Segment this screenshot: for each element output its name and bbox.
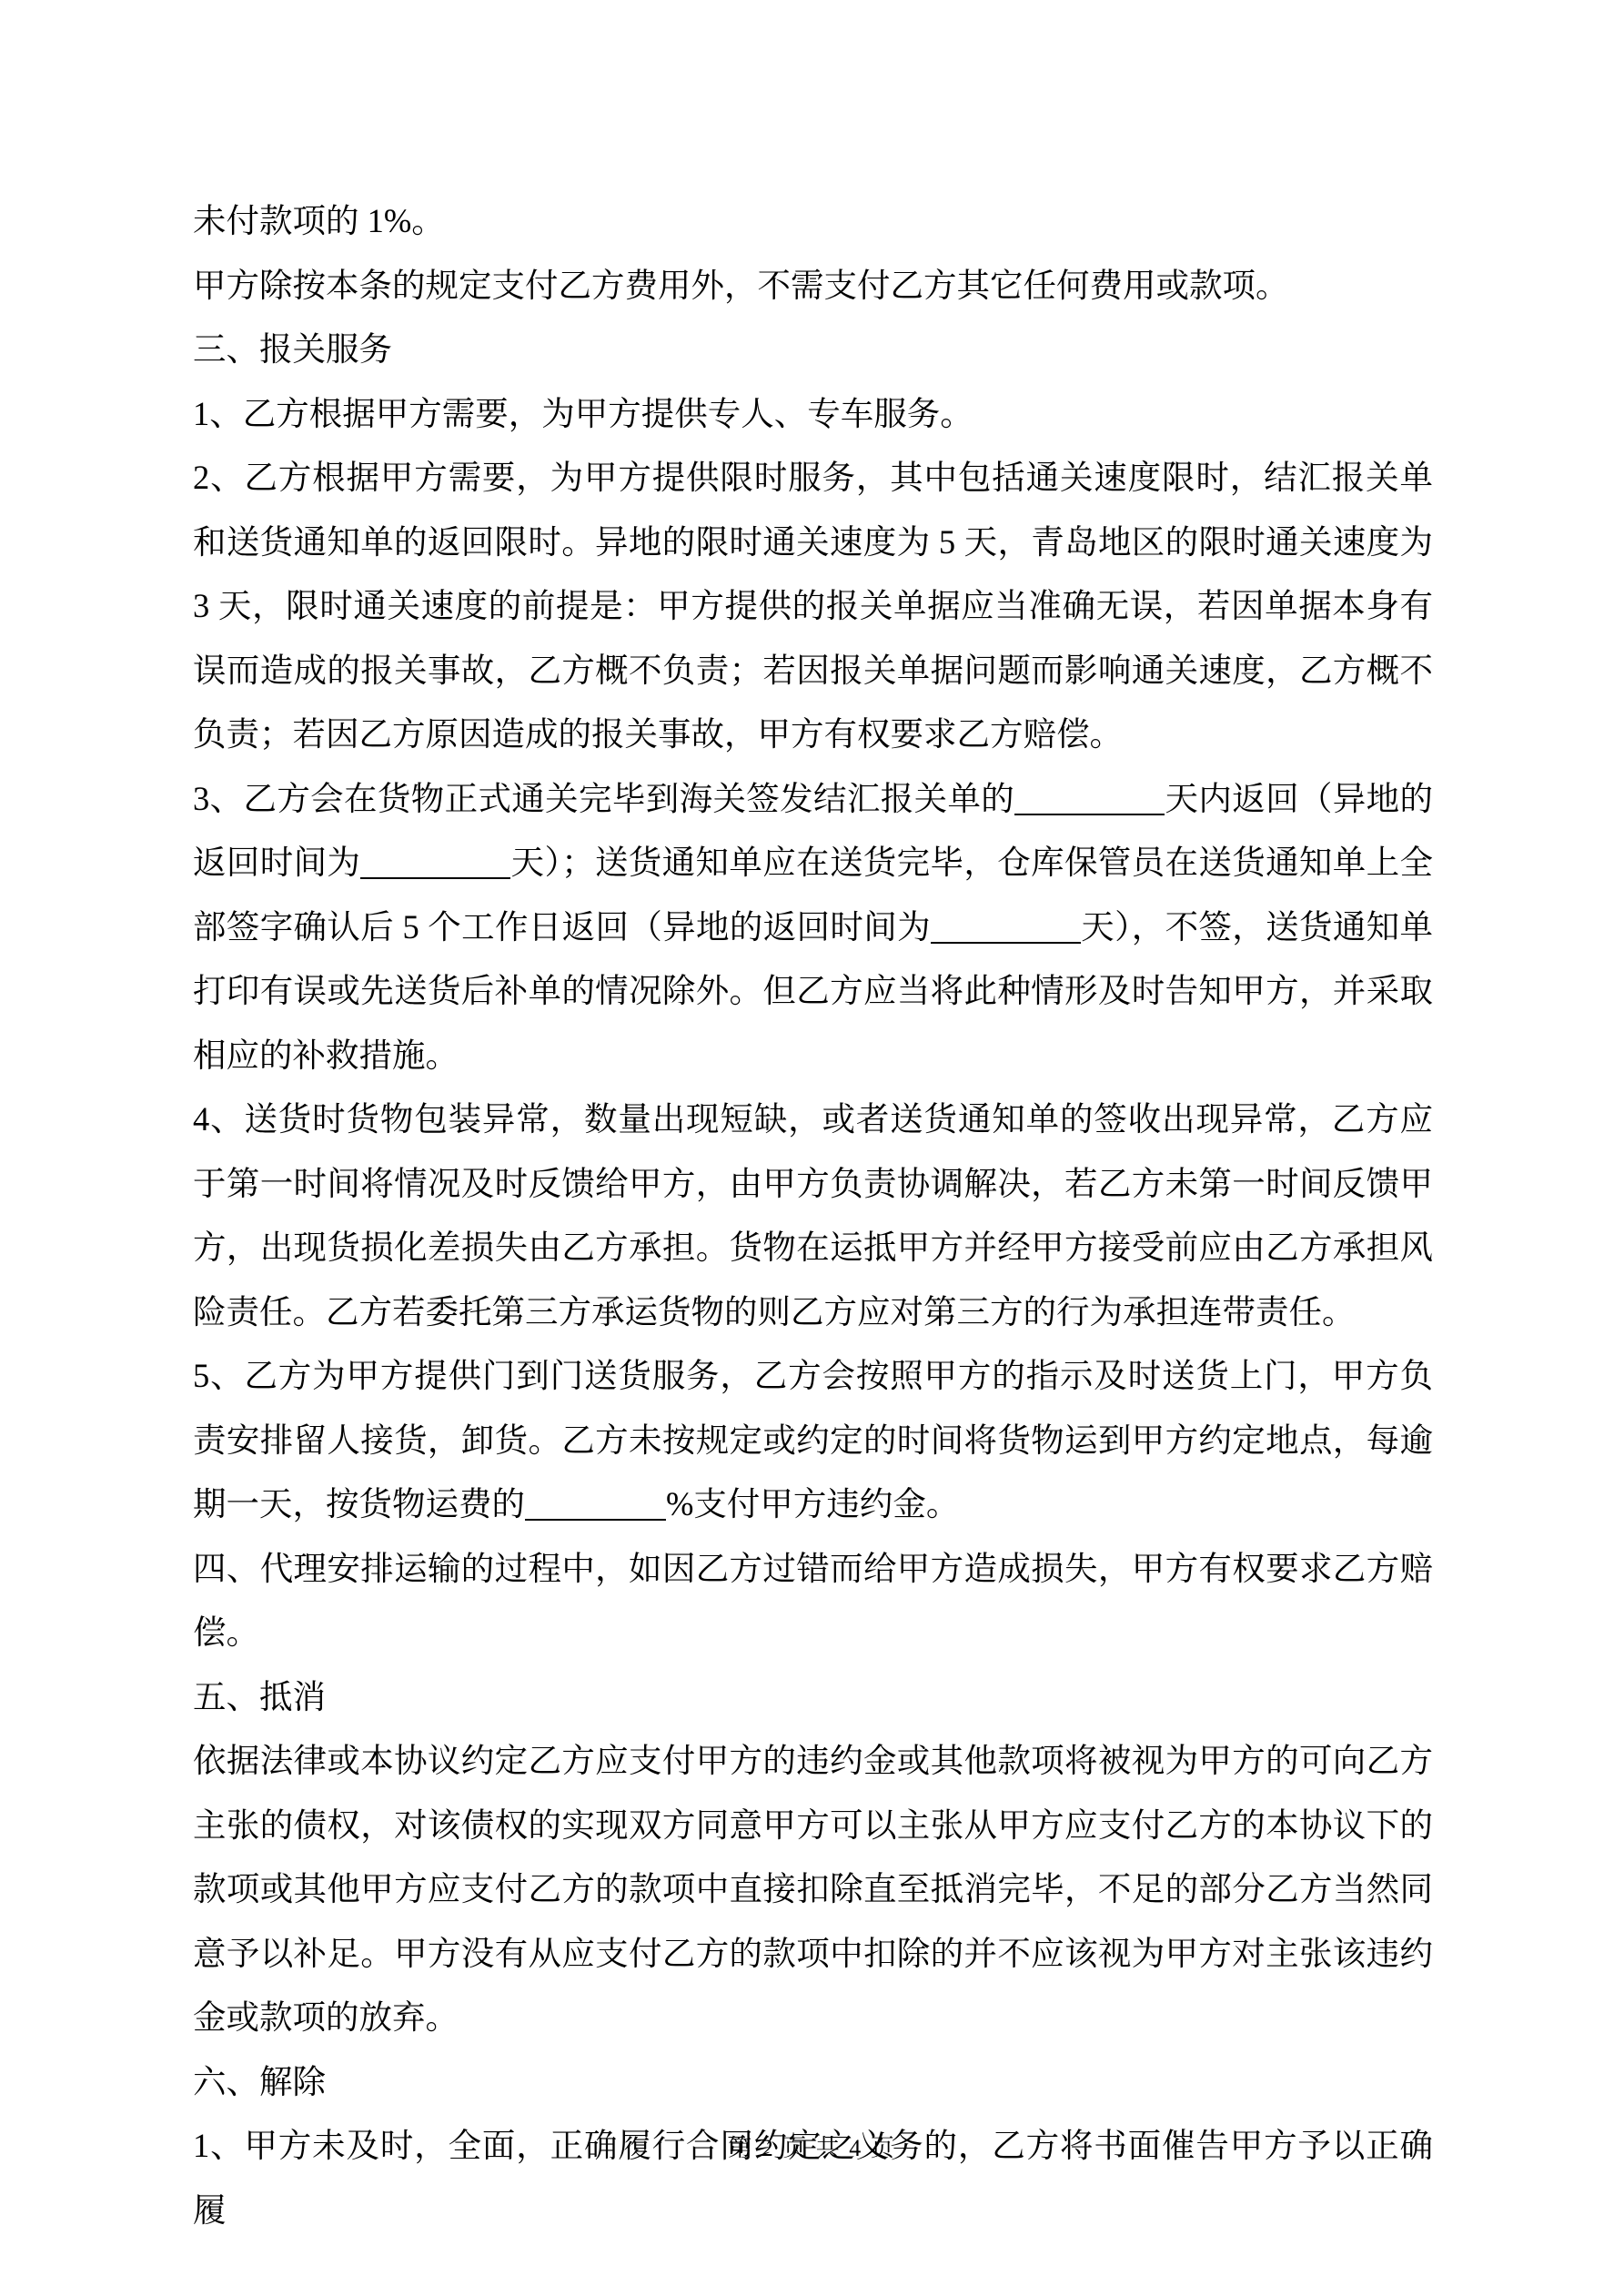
contract-paragraph: 未付款项的 1%。 [193, 189, 1433, 254]
contract-paragraph: 五、抵消 [193, 1665, 1433, 1730]
document-body: 未付款项的 1%。甲方除按本条的规定支付乙方费用外，不需支付乙方其它任何费用或款… [193, 189, 1433, 2242]
contract-paragraph: 2、乙方根据甲方需要，为甲方提供限时服务，其中包括通关速度限时，结汇报关单和送货… [193, 446, 1433, 767]
page-footer: 第 2 页 共 4 页 [0, 2129, 1624, 2163]
contract-paragraph: 3、乙方会在货物正式通关完毕到海关签发结汇报关单的天内返回（异地的返回时间为天）… [193, 767, 1433, 1088]
fill-in-blank-underline [525, 1519, 666, 1521]
contract-paragraph: 5、乙方为甲方提供门到门送货服务，乙方会按照甲方的指示及时送货上门，甲方负责安排… [193, 1344, 1433, 1537]
contract-paragraph: 甲方除按本条的规定支付乙方费用外，不需支付乙方其它任何费用或款项。 [193, 254, 1433, 319]
contract-paragraph: 六、解除 [193, 2050, 1433, 2115]
contract-paragraph: 依据法律或本协议约定乙方应支付甲方的违约金或其他款项将被视为甲方的可向乙方主张的… [193, 1729, 1433, 2050]
contract-paragraph: 三、报关服务 [193, 318, 1433, 382]
fill-in-blank-underline [1014, 814, 1165, 815]
fill-in-blank-underline [931, 942, 1081, 944]
document-page: 未付款项的 1%。甲方除按本条的规定支付乙方费用外，不需支付乙方其它任何费用或款… [0, 0, 1624, 2296]
contract-paragraph: 4、送货时货物包装异常，数量出现短缺，或者送货通知单的签收出现异常，乙方应于第一… [193, 1087, 1433, 1344]
fill-in-blank-underline [360, 877, 510, 879]
contract-paragraph: 四、代理安排运输的过程中，如因乙方过错而给甲方造成损失，甲方有权要求乙方赔偿。 [193, 1537, 1433, 1665]
contract-paragraph: 1、乙方根据甲方需要，为甲方提供专人、专车服务。 [193, 382, 1433, 447]
